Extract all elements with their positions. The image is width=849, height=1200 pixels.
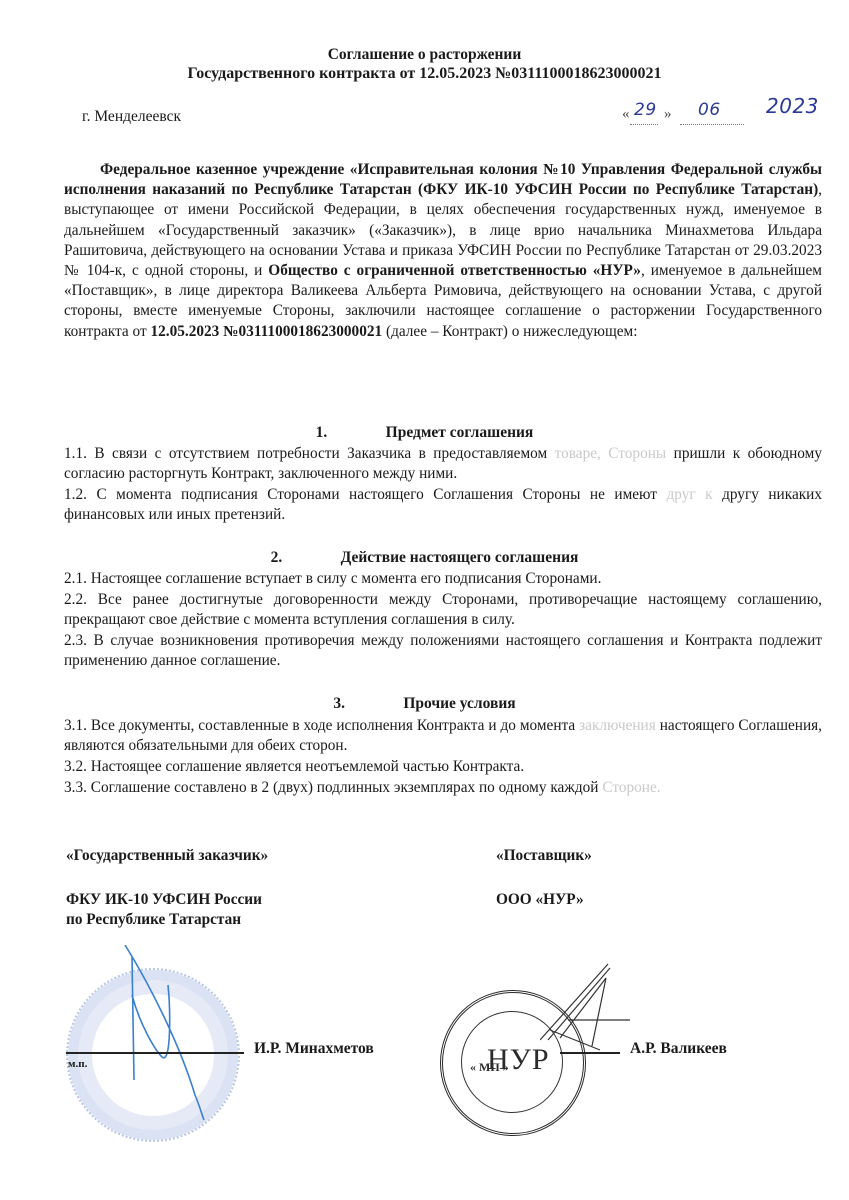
section-1-heading: 1.Предмет соглашения <box>0 424 849 442</box>
section-number: 3. <box>333 695 403 713</box>
supplier-role-label: «Поставщик» <box>496 846 592 866</box>
clause-text: 3.1. Все документы, составленные в ходе … <box>64 717 579 734</box>
section-title: Прочие условия <box>403 695 515 712</box>
handwritten-date: « 29 » 06 2023 <box>618 92 838 132</box>
customer-org-line2: по Республике Татарстан <box>66 910 241 930</box>
clause-text: 1.2. С момента подписания Сторонами наст… <box>64 486 666 503</box>
customer-signature-line <box>66 1052 244 1054</box>
customer-role-label: «Государственный заказчик» <box>66 846 268 866</box>
customer-org-line1: ФКУ ИК-10 УФСИН России <box>66 890 262 910</box>
clause-text: 2.2. Все ранее достигнутые договоренност… <box>64 591 822 628</box>
preamble-customer-name: Федеральное казенное учреждение «Исправи… <box>64 161 822 198</box>
clause-text: 2.3. В случае возникновения противоречия… <box>64 632 822 669</box>
clause-text: 3.2. Настоящее соглашение является неотъ… <box>64 758 524 775</box>
clause-faded-text: друг к <box>666 486 712 503</box>
preamble-supplier-name: Общество с ограниченной ответственностью… <box>268 262 641 279</box>
customer-seal-mark: м.п. <box>68 1058 87 1070</box>
clause-faded-text: товаре, Стороны <box>555 445 667 462</box>
clause-1-1: 1.1. В связи с отсутствием потребности З… <box>64 444 822 484</box>
document-title-line1: Соглашение о расторжении <box>0 44 849 65</box>
section-number: 1. <box>316 424 386 442</box>
preamble-text: (далее – Контракт) о нижеследующем: <box>382 323 637 340</box>
clause-3-3: 3.3. Соглашение составлено в 2 (двух) по… <box>64 778 822 798</box>
customer-handwritten-signature <box>120 945 230 1125</box>
clause-2-3: 2.3. В случае возникновения противоречия… <box>64 631 822 671</box>
clause-2-2: 2.2. Все ранее достигнутые договоренност… <box>64 590 822 630</box>
section-3-heading: 3.Прочие условия <box>0 695 849 713</box>
section-title: Действие настоящего соглашения <box>341 549 579 566</box>
clause-1-2: 1.2. С момента подписания Сторонами наст… <box>64 485 822 525</box>
supplier-signature-line <box>560 1052 620 1054</box>
preamble-paragraph: Федеральное казенное учреждение «Исправи… <box>64 160 822 342</box>
clause-text: 1.1. В связи с отсутствием потребности З… <box>64 445 555 462</box>
date-close-quote: » <box>664 106 672 123</box>
date-open-quote: « <box>622 106 630 123</box>
city-label: г. Менделеевск <box>82 108 181 126</box>
clause-faded-text: Стороне. <box>602 779 660 796</box>
clause-text: 3.3. Соглашение составлено в 2 (двух) по… <box>64 779 602 796</box>
clause-2-1: 2.1. Настоящее соглашение вступает в сил… <box>64 569 822 589</box>
supplier-signer-name: А.Р. Валикеев <box>630 1040 727 1058</box>
clause-faded-text: заключения <box>579 717 656 734</box>
section-title: Предмет соглашения <box>386 424 534 441</box>
section-2-heading: 2.Действие настоящего соглашения <box>0 549 849 567</box>
supplier-seal-mark: « МП » <box>470 1060 509 1075</box>
date-day: 29 <box>634 100 657 120</box>
clause-text: 2.1. Настоящее соглашение вступает в сил… <box>64 570 601 587</box>
preamble-contract-ref: 12.05.2023 №0311100018623000021 <box>150 323 382 340</box>
date-year: 2023 <box>766 94 819 118</box>
customer-signer-name: И.Р. Минахметов <box>254 1040 374 1058</box>
document-title-line2: Государственного контракта от 12.05.2023… <box>0 63 849 84</box>
date-month-underline <box>680 124 744 125</box>
document-page: Соглашение о расторжении Государственног… <box>0 0 849 1200</box>
date-day-underline <box>630 124 658 125</box>
clause-3-2: 3.2. Настоящее соглашение является неотъ… <box>64 757 822 777</box>
supplier-org-name: ООО «НУР» <box>496 890 584 910</box>
clause-3-1: 3.1. Все документы, составленные в ходе … <box>64 716 822 756</box>
section-number: 2. <box>271 549 341 567</box>
date-month: 06 <box>698 100 721 120</box>
